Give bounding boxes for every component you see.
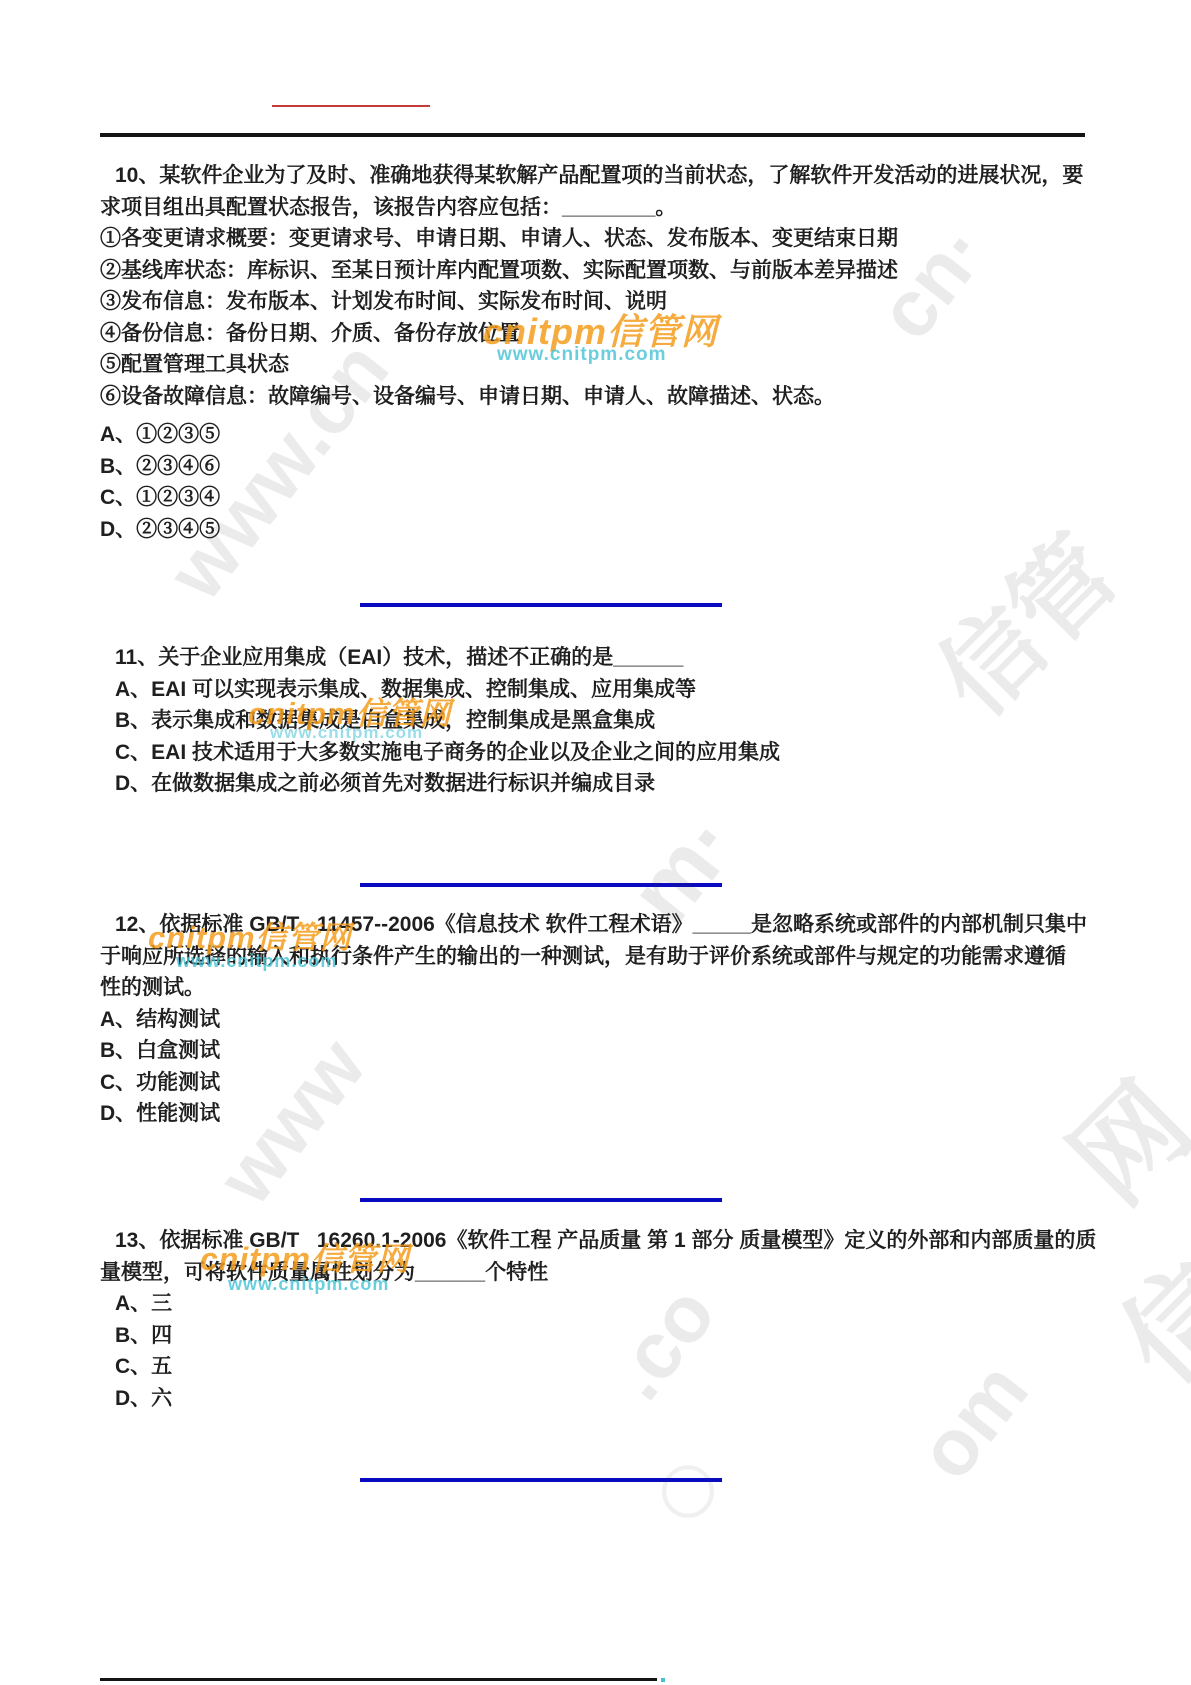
footer-teal-dot xyxy=(661,1678,665,1682)
question-13-option-c: C、五 xyxy=(100,1351,1140,1383)
question-10-option-c: C、①②③④ xyxy=(100,482,1140,514)
question-11-option-c: C、EAI 技术适用于大多数实施电子商务的企业以及企业之间的应用集成 xyxy=(100,737,1140,769)
question-divider xyxy=(360,603,722,607)
exam-page: 10、某软件企业为了及时、准确地获得某软解产品配置项的当前状态，了解软件开发活动… xyxy=(0,0,1191,1685)
question-10-option-a: A、①②③⑤ xyxy=(100,419,1140,451)
footer-divider-rule xyxy=(100,1678,657,1681)
question-10-list-item-2: ②基线库状态：库标识、至某日预计库内配置项数、实际配置项数、与前版本差异描述 xyxy=(100,255,1140,287)
header-divider-rule xyxy=(100,133,1085,137)
question-10-stem-line: 求项目组出具配置状态报告，该报告内容应包括：________。 xyxy=(100,192,1140,224)
question-10-option-d: D、②③④⑤ xyxy=(100,514,1140,546)
question-13-options: A、三 B、四 C、五 D、六 xyxy=(100,1288,1140,1414)
question-10-option-b: B、②③④⑥ xyxy=(100,451,1140,483)
question-13-option-d: D、六 xyxy=(100,1383,1140,1415)
question-10-options: A、①②③⑤ B、②③④⑥ C、①②③④ D、②③④⑤ xyxy=(100,419,1140,545)
question-divider xyxy=(360,1198,722,1202)
question-10-list-item-1: ①各变更请求概要：变更请求号、申请日期、申请人、状态、发布版本、变更结束日期 xyxy=(100,223,1140,255)
question-12-option-a: A、结构测试 xyxy=(100,1004,1140,1036)
question-11-stem-line: 11、关于企业应用集成（EAI）技术，描述不正确的是______ xyxy=(100,642,1140,674)
question-10-stem-line: 10、某软件企业为了及时、准确地获得某软解产品配置项的当前状态，了解软件开发活动… xyxy=(100,160,1140,192)
question-12-option-c: C、功能测试 xyxy=(100,1067,1140,1099)
question-10-list-item-6: ⑥设备故障信息：故障编号、设备编号、申请日期、申请人、故障描述、状态。 xyxy=(100,381,1140,413)
question-12-option-b: B、白盒测试 xyxy=(100,1035,1140,1067)
question-12-stem-line: 性的测试。 xyxy=(100,972,1140,1004)
ghost-watermark-fragment: 〇 xyxy=(660,1450,716,1530)
red-underline-rule xyxy=(272,105,430,107)
question-11-option-d: D、在做数据集成之前必须首先对数据进行标识并编成目录 xyxy=(100,768,1140,800)
site-watermark-url: www.cnitpm.com xyxy=(270,723,423,743)
question-divider xyxy=(360,1478,722,1482)
question-divider xyxy=(360,883,722,887)
site-watermark-url: www.cnitpm.com xyxy=(176,951,337,972)
question-12-options: A、结构测试 B、白盒测试 C、功能测试 D、性能测试 xyxy=(100,1004,1140,1130)
site-watermark-url: www.cnitpm.com xyxy=(228,1274,389,1295)
question-13-option-b: B、四 xyxy=(100,1320,1140,1352)
question-12-option-d: D、性能测试 xyxy=(100,1098,1140,1130)
site-watermark-url: www.cnitpm.com xyxy=(497,344,667,366)
